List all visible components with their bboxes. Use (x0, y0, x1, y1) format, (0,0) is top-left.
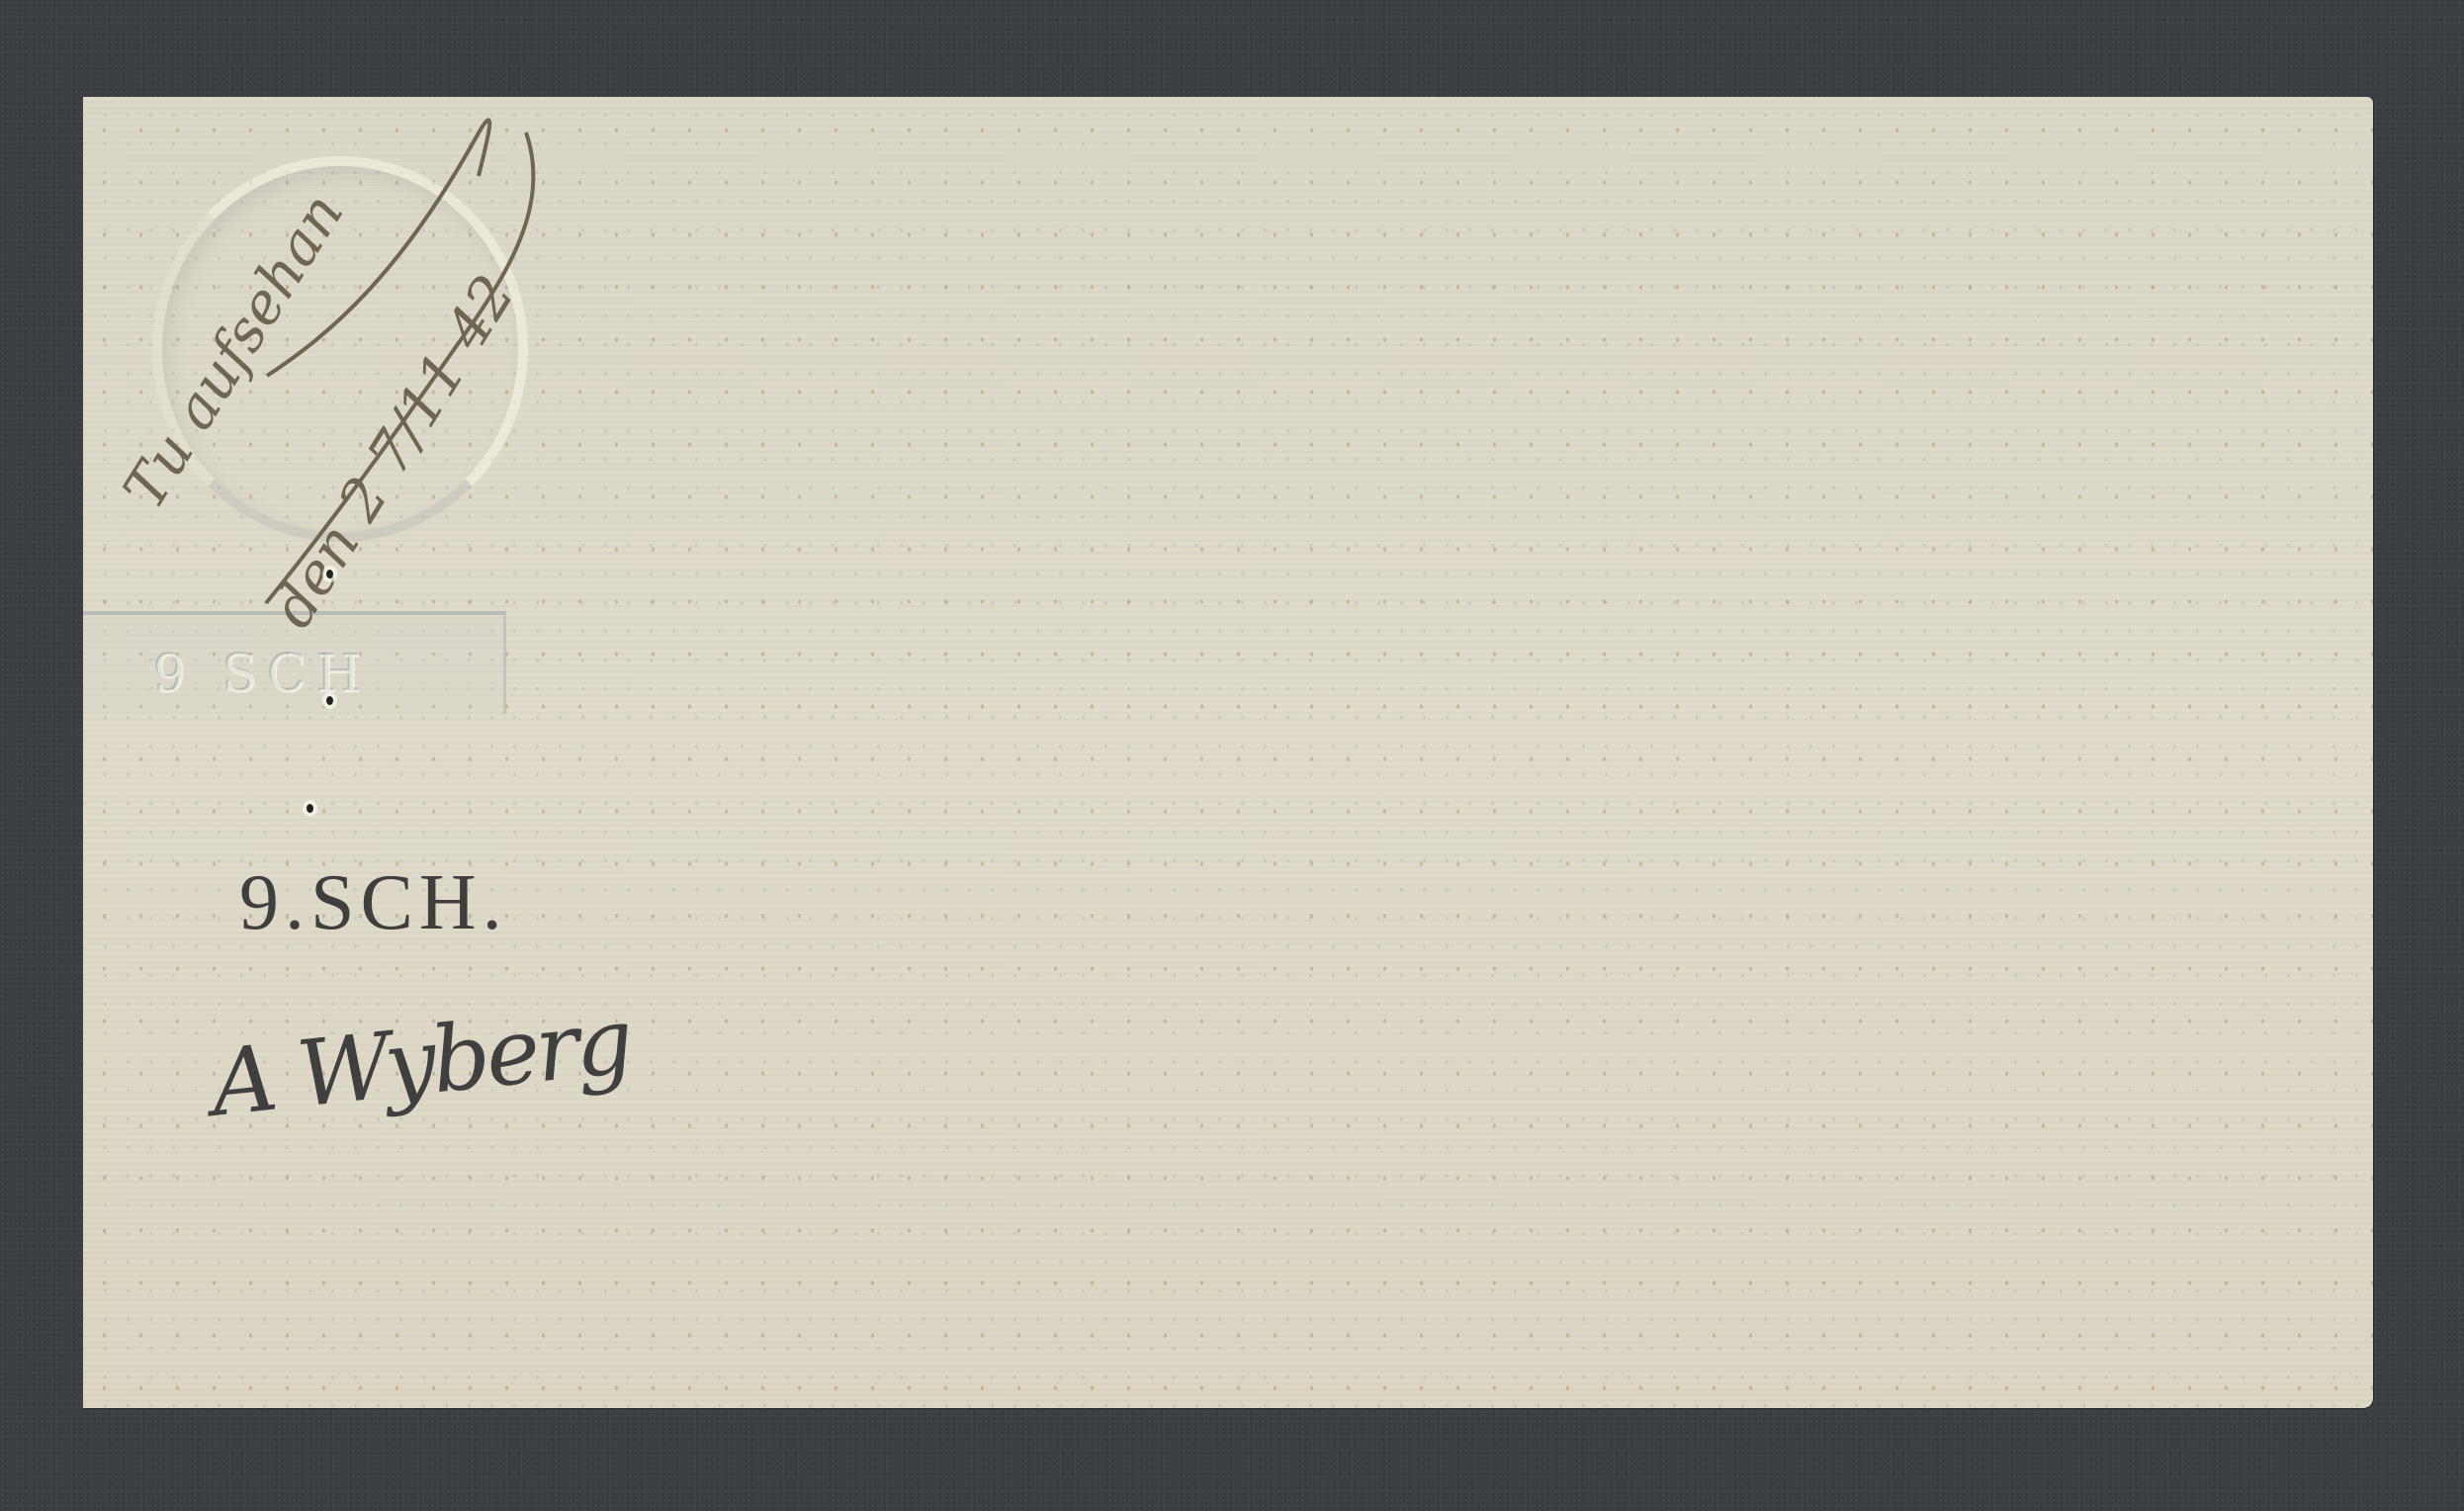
document-paper: 9 SCH Tu aufsehan den 2 7/11 42 9.SCH. A… (83, 97, 2373, 1408)
printed-denomination-stamp: 9.SCH. (239, 858, 508, 948)
signature: A Wyberg (206, 988, 634, 1137)
pinhole-mark (326, 570, 333, 578)
pinhole-mark (307, 804, 313, 813)
embossed-denomination-text: 9 SCH (154, 646, 372, 705)
pinhole-mark (326, 696, 333, 705)
